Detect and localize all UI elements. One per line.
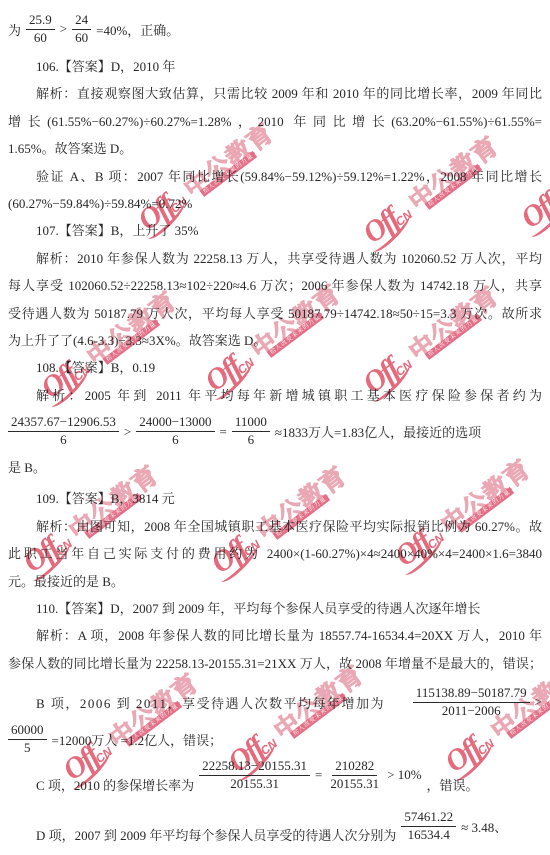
solution-text: =40%，正确。 <box>96 20 179 39</box>
solution-text: B 项，2006 到 2011，享受待遇人次数平均每年增加为 <box>36 693 385 712</box>
solution-110-item-d-line: D 项，2007 到 2009 年平均每个参保人员享受的待遇人次分别为 5746… <box>8 805 542 847</box>
comparison-sign: > 10% <box>387 767 421 783</box>
fraction: 2460 <box>72 12 91 47</box>
numerator: 57461.22 <box>401 809 456 827</box>
fraction: 115138.89−50187.792011−2006 <box>413 685 530 720</box>
solution-text: D 项，2007 到 2009 年平均每个参保人员享受的待遇人次分别为 <box>36 828 396 848</box>
denominator: 60 <box>72 30 91 47</box>
denominator: 6 <box>245 432 258 449</box>
comparison-sign: > <box>535 694 542 710</box>
solution-text: =12000万人 =1.2亿人，错误； <box>52 730 223 749</box>
numerator: 25.9 <box>26 12 55 30</box>
denominator: 20155.31 <box>227 776 282 793</box>
solution-109-line: 元。最接近的是 B。 <box>8 568 542 595</box>
comparison-sign: > <box>60 21 67 37</box>
denominator: 2011−2006 <box>439 703 504 720</box>
answer-key-document-page: OffCN 中公教育 给人改变未来的力量 OffCN 中公教育 给人改变未来的力… <box>0 0 550 855</box>
solution-110-line: 解析：A 项，2008 年参保人数的同比增长量为 18557.74-16534.… <box>8 622 542 649</box>
numerator: 24000−13000 <box>136 414 214 432</box>
solution-110-line: 参保人数的同比增长量为 22258.13-20155.31=21XX 万人，故 … <box>8 650 542 677</box>
denominator: 60 <box>31 30 50 47</box>
fraction: 600005 <box>8 722 47 757</box>
numerator: 11000 <box>232 414 270 432</box>
comparison-sign: > <box>124 424 131 440</box>
solution-107-line: 受待遇人数为 50187.79 万人次，平均每人享受 50187.79÷1474… <box>8 300 542 327</box>
denominator: 6 <box>169 432 182 449</box>
solution-110-item-c-line: C 项，2010 的参保增长率为 22258.13−20155.3120155.… <box>8 753 542 797</box>
solution-106-line: 增长(61.55%−60.27%)÷60.27%=1.28%，2010 年同比增… <box>8 108 542 135</box>
answer-107-heading: 107.【答案】B，上升了 35% <box>8 217 542 244</box>
solution-106-line: 1.65%。故答案选 D。 <box>8 135 542 162</box>
solution-106-line: (60.27%−59.84%)÷59.84%=0.72% <box>8 190 542 217</box>
solution-106-line: 解析：直接观察图大致估算，只需比较 2009 年和 2010 年的同比增长率，2… <box>8 80 542 107</box>
denominator: 16534.4 <box>405 827 453 844</box>
solution-109-line: 解析：由图可知，2008 年全国城镇职工基本医疗保险平均实际报销比例为 60.2… <box>8 513 542 540</box>
fraction: 57461.2216534.4 <box>401 809 456 844</box>
equals-sign: = <box>220 424 227 440</box>
numerator: 22258.13−20155.31 <box>199 758 310 776</box>
numerator: 24357.67−12906.53 <box>8 414 119 432</box>
answer-106-heading: 106.【答案】D，2010 年 <box>8 53 542 80</box>
answer-110-heading: 110.【答案】D，2007 到 2009 年，平均每个参保人员享受的待遇人次逐… <box>8 595 542 622</box>
solution-text: 为 <box>8 20 21 39</box>
document-body: 为 25.960 > 2460 =40%，正确。 106.【答案】D，2010 … <box>0 0 550 855</box>
numerator: 60000 <box>8 722 47 740</box>
fraction: 22258.13−20155.3120155.31 <box>199 758 310 793</box>
fraction: 110006 <box>232 414 270 449</box>
answer-108-heading: 108.【答案】B，0.19 <box>8 354 542 381</box>
numerator: 24 <box>72 12 91 30</box>
solution-107-line: 每人享受 102060.52÷22258.13≈102÷220≈4.6 万次；2… <box>8 272 542 299</box>
denominator: 6 <box>57 432 70 449</box>
solution-text: ≈ 3.48、 <box>461 817 507 836</box>
denominator: 5 <box>21 740 34 757</box>
denominator: 20155.31 <box>327 776 382 793</box>
answer-109-heading: 109.【答案】B，3814 元 <box>8 485 542 512</box>
equals-sign: = <box>315 767 322 783</box>
solution-text: ≈1833万人=1.83亿人，最接近的选项 <box>275 422 481 441</box>
fraction: 25.960 <box>26 12 55 47</box>
fraction: 24000−130006 <box>136 414 214 449</box>
numerator: 210282 <box>332 758 377 776</box>
solution-106-line: 验证 A、B 项：2007 年同比增长(59.84%−59.12%)÷59.12… <box>8 163 542 190</box>
fraction: 21028220155.31 <box>327 758 382 793</box>
solution-107-line: 为上升了了(4.6-3.3)÷3.3≈3X%。故答案选 D。 <box>8 327 542 354</box>
solution-105-formula-line: 为 25.960 > 2460 =40%，正确。 <box>8 5 542 53</box>
solution-109-line: 此职工当年自己实际支付的费用约为 2400×(1-60.27%)×4≈2400×… <box>8 540 542 567</box>
solution-110-item-b-line2: 600005 =12000万人 =1.2亿人，错误； <box>8 721 542 757</box>
solution-110-item-b-line: B 项，2006 到 2011，享受待遇人次数平均每年增加为 115138.89… <box>8 683 542 721</box>
solution-text: ，错误。 <box>427 778 479 798</box>
fraction: 24357.67−12906.536 <box>8 414 119 449</box>
solution-108-line: 解析：2005 年到 2011 年平均每年新增城镇职工基本医疗保险参保者约为 <box>8 382 542 409</box>
numerator: 115138.89−50187.79 <box>413 685 530 703</box>
solution-107-line: 解析：2010 年参保人数为 22258.13 万人，共享受待遇人数为 1020… <box>8 245 542 272</box>
solution-108-line: 是 B。 <box>8 454 542 481</box>
solution-108-formula-line: 24357.67−12906.536 > 24000−130006 = 1100… <box>8 409 542 454</box>
solution-text: C 项，2010 的参保增长率为 <box>36 778 194 798</box>
